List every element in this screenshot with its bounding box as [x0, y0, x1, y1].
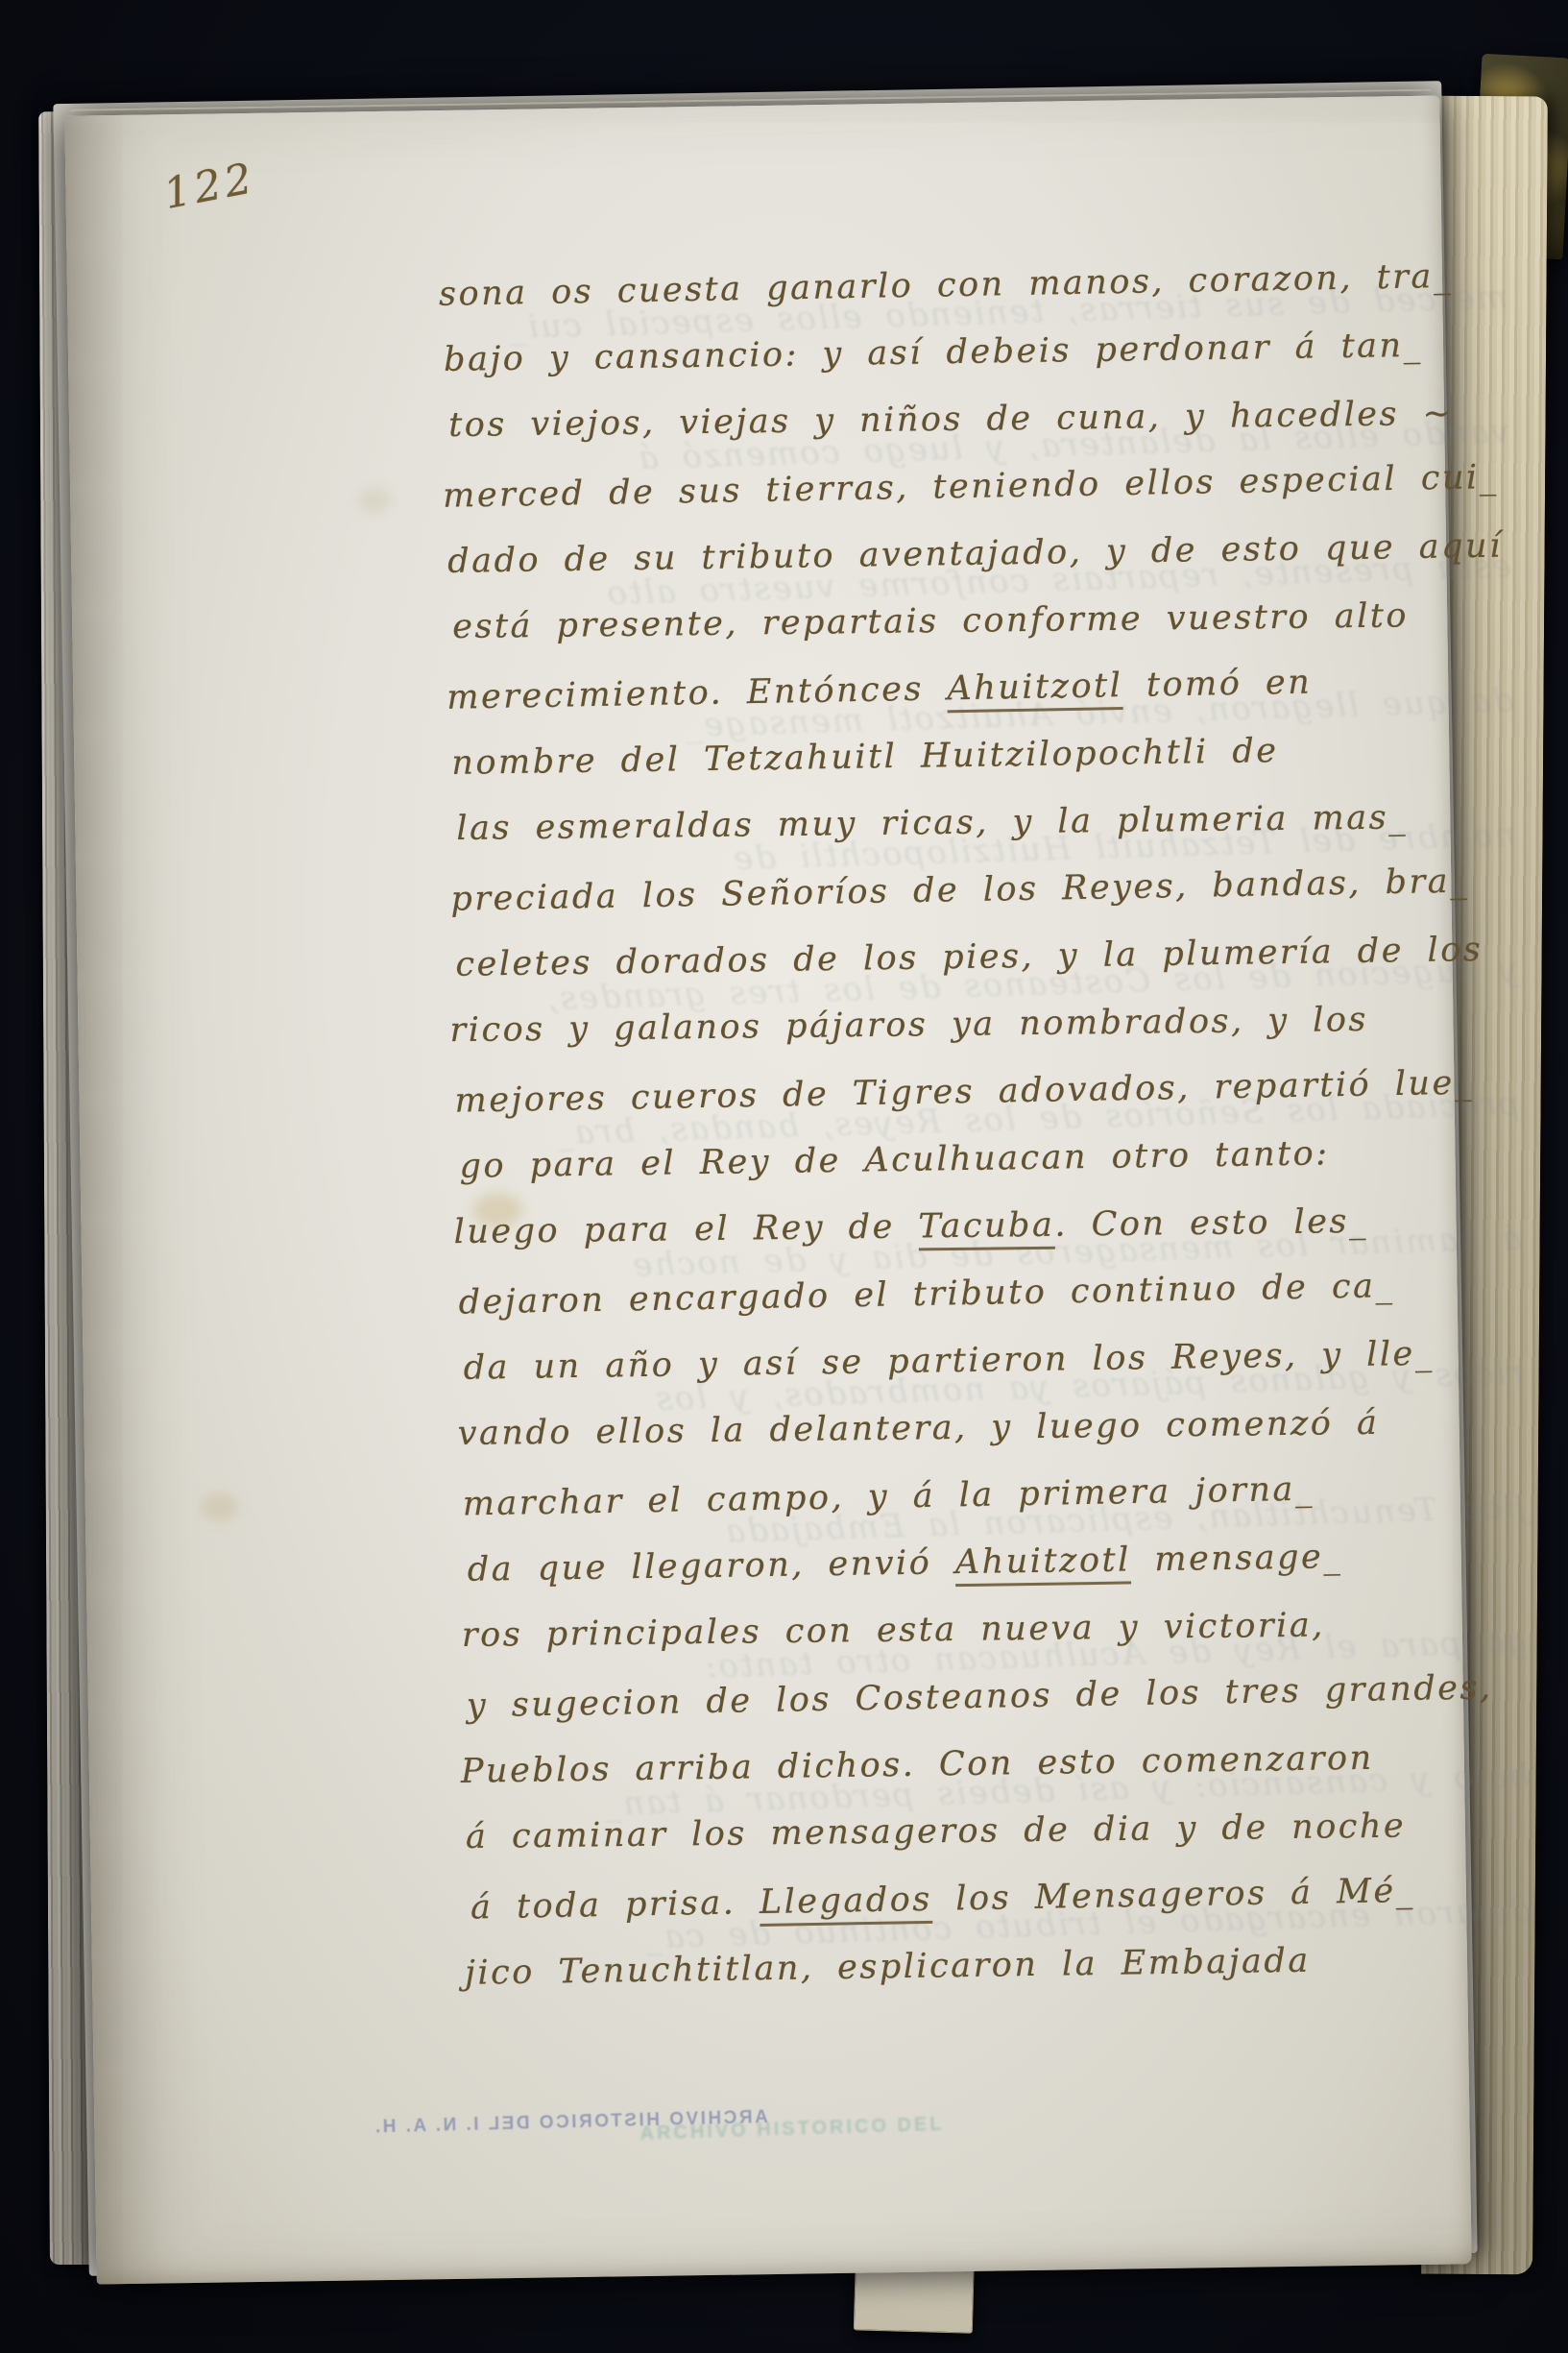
manuscript-line: las esmeraldas muy ricas, y la plumeria …	[456, 797, 1552, 869]
line-text: merecimiento. Entónces	[446, 669, 948, 716]
line-text: tos viejos, viejas y niños de cuna, y ha…	[448, 395, 1454, 445]
manuscript-line: mejores cueros de Tigres adovados, repar…	[454, 1062, 1550, 1141]
underlined-word: Llegados	[760, 1880, 933, 1927]
line-text: merced de sus tierras, teniendo ellos es…	[443, 458, 1499, 516]
line-text: á caminar los mensageros de dia y de noc…	[466, 1807, 1407, 1856]
line-text: da que llegaron, envió	[468, 1543, 956, 1589]
underlined-word: Ahuitzotl	[947, 667, 1123, 713]
line-text: da un año y así se partieron los Reyes, …	[463, 1335, 1435, 1388]
line-text: dado de su tributo aventajado, y de esto…	[447, 527, 1503, 581]
line-text: á toda prisa.	[470, 1883, 760, 1927]
manuscript-line: á toda prisa. Llegados los Mensageros á …	[470, 1869, 1566, 1948]
manuscript-line: merced de sus tierras, teniendo ellos es…	[443, 457, 1538, 536]
manuscript-page: 122 merced de sus tierras, teniendo ello…	[64, 96, 1471, 2285]
manuscript-line: vando ellos la delantera, y luego comenz…	[458, 1402, 1554, 1474]
manuscript-line: tos viejos, viejas y niños de cuna, y ha…	[448, 394, 1544, 466]
manuscript-line: da un año y así se partieron los Reyes, …	[463, 1333, 1558, 1409]
line-text: marchar el campo, y á la primera jorna_	[462, 1470, 1315, 1524]
line-text: luego para el Rey de	[453, 1207, 918, 1251]
manuscript-line: jico Tenuchtitlan, esplicaron la Embajad…	[465, 1938, 1560, 2014]
manuscript-line: preciada los Señoríos de los Reyes, band…	[450, 861, 1546, 939]
line-text: nombre del Tetzahuitl Huitzilopochtli de	[451, 732, 1279, 783]
line-text: . Con esto les_	[1054, 1202, 1368, 1245]
line-text: tomó en	[1122, 664, 1313, 706]
manuscript-line: dado de su tributo aventajado, y de esto…	[447, 526, 1543, 602]
underlined-word: Tacuba	[918, 1206, 1054, 1251]
line-text: preciada los Señoríos de los Reyes, band…	[450, 862, 1469, 919]
line-text: las esmeraldas muy ricas, y la plumeria …	[456, 798, 1408, 848]
line-text: dejaron encargado el tributo continuo de…	[458, 1267, 1394, 1322]
manuscript-line: nombre del Tetzahuitl Huitzilopochtli de	[451, 728, 1547, 804]
manuscript-line: ros principales con esta nueva y victori…	[462, 1604, 1557, 1676]
manuscript-line: Pueblos arriba dichos. Con esto comenzar…	[461, 1736, 1556, 1812]
manuscript-line: dejaron encargado el tributo continuo de…	[458, 1264, 1554, 1343]
line-text: Pueblos arriba dichos. Con esto comenzar…	[461, 1739, 1374, 1791]
manuscript-line: sona os cuesta ganarlo con manos, corazo…	[439, 255, 1534, 334]
line-text: y sugecion de los Costeanos de los tres …	[467, 1668, 1493, 1725]
manuscript-line: celetes dorados de los pies, y la plumer…	[455, 930, 1551, 1006]
line-text: bajo y cansancio: y así debeis perdonar …	[444, 327, 1423, 379]
line-text: ricos y galanos pájaros ya nombrados, y …	[449, 1001, 1368, 1050]
manuscript-line: está presente, repartais conforme vuestr…	[452, 595, 1548, 667]
line-text: celetes dorados de los pies, y la plumer…	[455, 931, 1483, 984]
manuscript-line: ricos y galanos pájaros ya nombrados, y …	[449, 999, 1545, 1071]
manuscript-line: go para el Rey de Aculhuacan otro tanto:	[459, 1131, 1555, 1207]
manuscript-line: merecimiento. Entónces Ahuitzotl tomó en	[446, 659, 1542, 738]
manuscript-line: da que llegaron, envió Ahuitzotl mensage…	[468, 1535, 1563, 1611]
manuscript-line: y sugecion de los Costeanos de los tres …	[467, 1667, 1562, 1746]
line-text: sona os cuesta ganarlo con manos, corazo…	[439, 257, 1453, 314]
line-text: está presente, repartais conforme vuestr…	[452, 596, 1409, 646]
line-text: go para el Rey de Aculhuacan otro tanto:	[459, 1134, 1330, 1185]
line-text: mensage_	[1130, 1538, 1342, 1579]
line-text: mejores cueros de Tigres adovados, repar…	[454, 1064, 1474, 1121]
line-text: vando ellos la delantera, y luego comenz…	[458, 1404, 1380, 1453]
manuscript-line: marchar el campo, y á la primera jorna_	[462, 1466, 1557, 1544]
manuscript-line: bajo y cansancio: y así debeis perdonar …	[444, 325, 1539, 400]
manuscript-line: luego para el Rey de Tacuba. Con esto le…	[453, 1201, 1549, 1273]
line-text: los Mensageros á Mé_	[931, 1872, 1415, 1919]
manuscript-line: á caminar los mensageros de dia y de noc…	[466, 1806, 1561, 1878]
manuscript-text: sona os cuesta ganarlo con manos, corazo…	[64, 96, 1471, 2285]
line-text: jico Tenuchtitlan, esplicaron la Embajad…	[465, 1942, 1311, 1993]
line-text: ros principales con esta nueva y victori…	[462, 1606, 1325, 1655]
underlined-word: Ahuitzotl	[955, 1540, 1132, 1587]
photo-backdrop: { "colors": { "backdrop": "#0b0d15", "pa…	[0, 0, 1568, 2353]
